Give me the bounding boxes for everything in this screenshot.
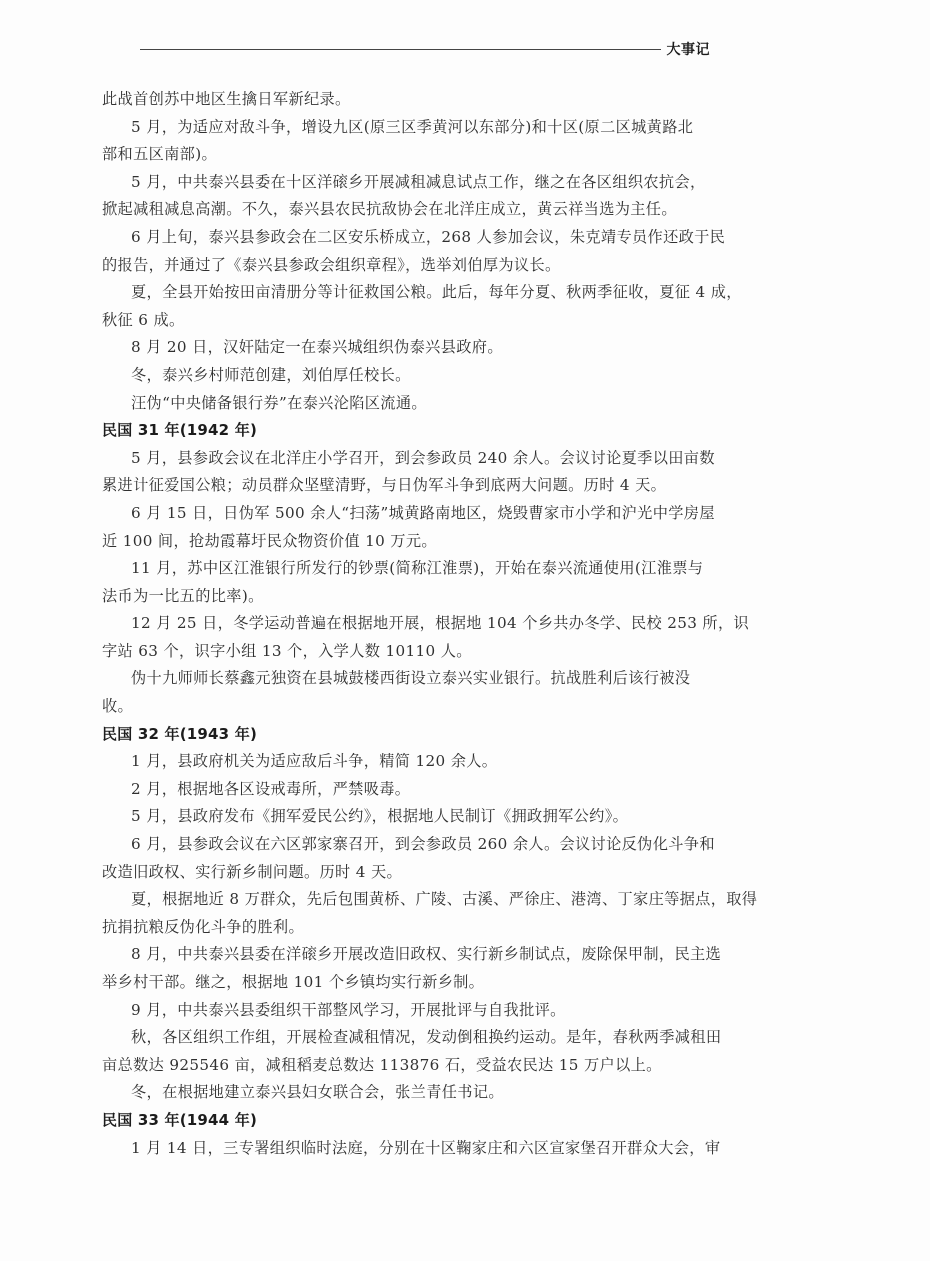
text-line: 抗捐抗粮反伪化斗争的胜利。 [102, 914, 814, 942]
year-heading: 民国 32 年(1943 年) [102, 721, 814, 749]
chronicle-body: 此战首创苏中地区生擒日军新纪录。5 月，为适应对敌斗争，增设九区(原三区季黄河以… [102, 86, 814, 1162]
text-line: 2 月，根据地各区设戒毒所，严禁吸毒。 [102, 776, 814, 804]
year-heading: 民国 31 年(1942 年) [102, 417, 814, 445]
text-line: 夏，根据地近 8 万群众，先后包围黄桥、广陵、古溪、严徐庄、港湾、丁家庄等据点，… [102, 886, 814, 914]
text-line: 冬，在根据地建立泰兴县妇女联合会，张兰青任书记。 [102, 1079, 814, 1107]
text-line: 6 月 15 日，日伪军 500 余人“扫荡”城黄路南地区，烧毁曹家市小学和沪光… [102, 500, 814, 528]
text-line: 12 月 25 日，冬学运动普遍在根据地开展，根据地 104 个乡共办冬学、民校… [102, 610, 814, 638]
text-line: 5 月，县参政会议在北洋庄小学召开，到会参政员 240 余人。会议讨论夏季以田亩… [102, 445, 814, 473]
text-line: 的报告，并通过了《泰兴县参政会组织章程》，选举刘伯厚为议长。 [102, 252, 814, 280]
text-line: 汪伪“中央储备银行券”在泰兴沦陷区流通。 [102, 390, 814, 418]
text-line: 改造旧政权、实行新乡制问题。历时 4 天。 [102, 859, 814, 887]
text-line: 5 月，县政府发布《拥军爱民公约》，根据地人民制订《拥政拥军公约》。 [102, 803, 814, 831]
text-line: 法币为一比五的比率)。 [102, 583, 814, 611]
text-line: 累进计征爱国公粮；动员群众坚壁清野，与日伪军斗争到底两大问题。历时 4 天。 [102, 472, 814, 500]
text-line: 近 100 间，抢劫霞幕圩民众物资价值 10 万元。 [102, 528, 814, 556]
text-line: 11 月，苏中区江淮银行所发行的钞票(简称江淮票)，开始在泰兴流通使用(江淮票与 [102, 555, 814, 583]
section-title: 大事记 [667, 39, 711, 59]
text-line: 秋征 6 成。 [102, 307, 814, 335]
text-line: 亩总数达 925546 亩，减租稻麦总数达 113876 石，受益农民达 15 … [102, 1052, 814, 1080]
text-line: 伪十九师师长蔡鑫元独资在县城鼓楼西街设立泰兴实业银行。抗战胜利后该行被没 [102, 665, 814, 693]
text-line: 1 月 14 日，三专署组织临时法庭，分别在十区鞠家庄和六区宣家堡召开群众大会，… [102, 1135, 814, 1163]
text-line: 此战首创苏中地区生擒日军新纪录。 [102, 86, 814, 114]
text-line: 冬，泰兴乡村师范创建，刘伯厚任校长。 [102, 362, 814, 390]
text-line: 掀起减租减息高潮。不久，泰兴县农民抗敌协会在北洋庄成立，黄云祥当选为主任。 [102, 196, 814, 224]
text-line: 8 月 20 日，汉奸陆定一在泰兴城组织伪泰兴县政府。 [102, 334, 814, 362]
text-line: 部和五区南部)。 [102, 141, 814, 169]
text-line: 9 月，中共泰兴县委组织干部整风学习，开展批评与自我批评。 [102, 997, 814, 1025]
text-line: 5 月，为适应对敌斗争，增设九区(原三区季黄河以东部分)和十区(原二区城黄路北 [102, 114, 814, 142]
text-line: 举乡村干部。继之，根据地 101 个乡镇均实行新乡制。 [102, 969, 814, 997]
text-line: 6 月上旬，泰兴县参政会在二区安乐桥成立，268 人参加会议，朱克靖专员作还政于… [102, 224, 814, 252]
text-line: 8 月，中共泰兴县委在洋磙乡开展改造旧政权、实行新乡制试点，废除保甲制，民主选 [102, 941, 814, 969]
scanned-page: 大事记 此战首创苏中地区生擒日军新纪录。5 月，为适应对敌斗争，增设九区(原三区… [0, 0, 930, 1261]
text-line: 秋，各区组织工作组，开展检查减租情况，发动倒租换约运动。是年，春秋两季减租田 [102, 1024, 814, 1052]
text-line: 1 月，县政府机关为适应敌后斗争，精简 120 余人。 [102, 748, 814, 776]
header-rule [140, 49, 661, 50]
text-line: 字站 63 个，识字小组 13 个，入学人数 10110 人。 [102, 638, 814, 666]
year-heading: 民国 33 年(1944 年) [102, 1107, 814, 1135]
text-line: 5 月，中共泰兴县委在十区洋磙乡开展减租减息试点工作，继之在各区组织农抗会， [102, 169, 814, 197]
text-line: 夏，全县开始按田亩清册分等计征救国公粮。此后，每年分夏、秋两季征收，夏征 4 成… [102, 279, 814, 307]
running-header: 大事记 [140, 38, 710, 60]
text-line: 6 月，县参政会议在六区郭家寨召开，到会参政员 260 余人。会议讨论反伪化斗争… [102, 831, 814, 859]
text-line: 收。 [102, 693, 814, 721]
